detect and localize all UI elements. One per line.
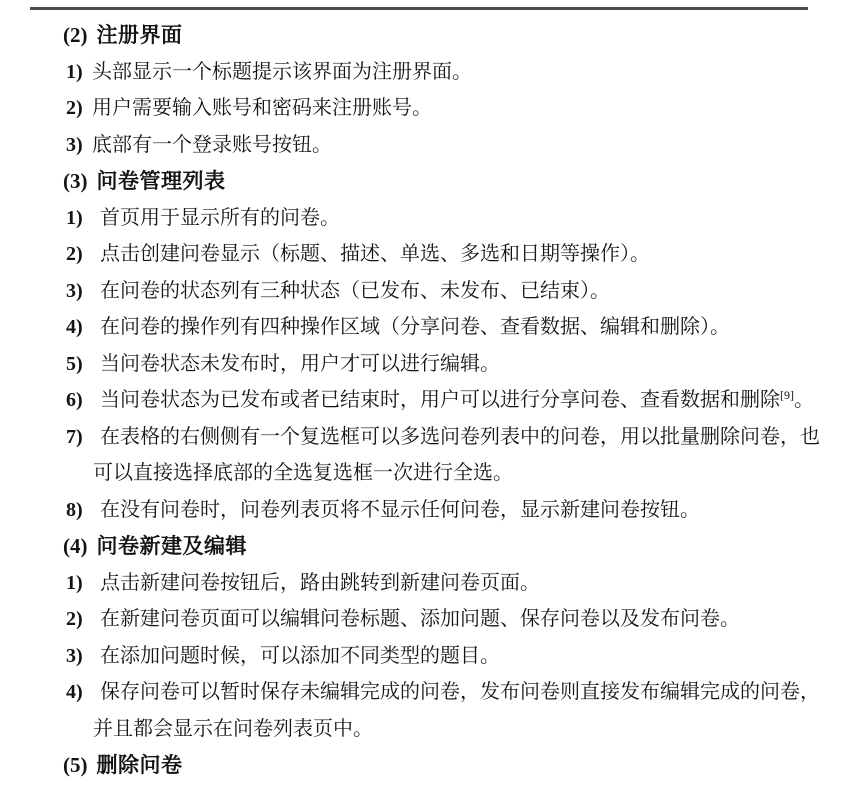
- list-item: 4) 保存问卷可以暂时保存未编辑完成的问卷，发布问卷则直接发布编辑完成的问卷，: [63, 674, 818, 711]
- list-item-continuation: 并且都会显示在问卷列表页中。: [63, 711, 818, 748]
- item-number: 1): [63, 565, 100, 602]
- item-text: 保存问卷可以暂时保存未编辑完成的问卷，发布问卷则直接发布编辑完成的问卷，: [100, 674, 820, 711]
- item-number: 8): [63, 492, 100, 529]
- list-item: 2) 点击创建问卷显示（标题、描述、单选、多选和日期等操作）。: [63, 236, 818, 273]
- item-number: 5): [63, 346, 100, 383]
- list-item: 3) 在添加问题时候，可以添加不同类型的题目。: [63, 638, 818, 675]
- item-text: 点击创建问卷显示（标题、描述、单选、多选和日期等操作）。: [100, 236, 650, 273]
- item-text: 底部有一个登录账号按钮。: [92, 127, 332, 164]
- heading-title: 问卷管理列表: [97, 164, 226, 201]
- footnote-reference: [9]: [780, 388, 794, 402]
- list-item: 2) 用户需要输入账号和密码来注册账号。: [63, 90, 818, 127]
- heading-title: 问卷新建及编辑: [97, 529, 248, 566]
- item-text: 头部显示一个标题提示该界面为注册界面。: [92, 54, 472, 91]
- item-number: 3): [63, 273, 100, 310]
- section-5-heading: (5) 删除问卷: [63, 747, 818, 784]
- item-number: 1): [63, 54, 92, 91]
- item-text: 并且都会显示在问卷列表页中。: [93, 711, 373, 748]
- heading-number: (4): [63, 528, 88, 565]
- list-item: 4) 在问卷的操作列有四种操作区域（分享问卷、查看数据、编辑和删除）。: [63, 309, 818, 346]
- list-item: 3) 在问卷的状态列有三种状态（已发布、未发布、已结束）。: [63, 273, 818, 310]
- item-text: 在问卷的状态列有三种状态（已发布、未发布、已结束）。: [100, 273, 610, 310]
- item-text: 用户需要输入账号和密码来注册账号。: [92, 90, 432, 127]
- heading-title: 注册界面: [97, 18, 183, 55]
- item-number: 2): [63, 236, 100, 273]
- item-text: 在添加问题时候，可以添加不同类型的题目。: [100, 638, 500, 675]
- section-4-heading: (4) 问卷新建及编辑: [63, 528, 818, 565]
- item-text: 在问卷的操作列有四种操作区域（分享问卷、查看数据、编辑和删除）。: [100, 309, 730, 346]
- item-text: 在没有问卷时，问卷列表页将不显示任何问卷，显示新建问卷按钮。: [100, 492, 700, 529]
- list-item: 5) 当问卷状态未发布时，用户才可以进行编辑。: [63, 346, 818, 383]
- item-text: 在表格的右侧侧有一个复选框可以多选问卷列表中的问卷，用以批量删除问卷，也: [100, 419, 820, 456]
- heading-number: (5): [63, 747, 88, 784]
- item-number: 7): [63, 419, 100, 456]
- item-text: 在新建问卷页面可以编辑问卷标题、添加问题、保存问卷以及发布问卷。: [100, 601, 740, 638]
- item-text: 可以直接选择底部的全选复选框一次进行全选。: [93, 455, 513, 492]
- list-item: 2) 在新建问卷页面可以编辑问卷标题、添加问题、保存问卷以及发布问卷。: [63, 601, 818, 638]
- list-item: 1) 点击新建问卷按钮后，路由跳转到新建问卷页面。: [63, 565, 818, 602]
- list-item: 7) 在表格的右侧侧有一个复选框可以多选问卷列表中的问卷，用以批量删除问卷，也: [63, 419, 818, 456]
- item-text: 当问卷状态未发布时，用户才可以进行编辑。: [100, 346, 500, 383]
- section-2-heading: (2) 注册界面: [63, 17, 818, 54]
- item-number: 4): [63, 309, 100, 346]
- item-number: 4): [63, 674, 100, 711]
- item-number: 1): [63, 200, 100, 237]
- item-text-main: 当问卷状态为已发布或者已结束时，用户可以进行分享问卷、查看数据和删除: [100, 389, 780, 411]
- item-text-tail: 。: [794, 389, 814, 411]
- page-header-rule: [30, 7, 808, 10]
- list-item: 8) 在没有问卷时，问卷列表页将不显示任何问卷，显示新建问卷按钮。: [63, 492, 818, 529]
- item-number: 3): [63, 127, 92, 164]
- item-text: 当问卷状态为已发布或者已结束时，用户可以进行分享问卷、查看数据和删除[9]。: [100, 382, 814, 419]
- item-number: 2): [63, 90, 92, 127]
- section-3-heading: (3) 问卷管理列表: [63, 163, 818, 200]
- item-text: 点击新建问卷按钮后，路由跳转到新建问卷页面。: [100, 565, 540, 602]
- item-number: 3): [63, 638, 100, 675]
- list-item: 1) 首页用于显示所有的问卷。: [63, 200, 818, 237]
- item-text: 首页用于显示所有的问卷。: [100, 200, 340, 237]
- heading-title: 删除问卷: [97, 748, 183, 785]
- item-number: 2): [63, 601, 100, 638]
- heading-number: (3): [63, 163, 88, 200]
- item-number: 6): [63, 382, 100, 419]
- heading-number: (2): [63, 17, 88, 54]
- list-item: 6) 当问卷状态为已发布或者已结束时，用户可以进行分享问卷、查看数据和删除[9]…: [63, 382, 818, 419]
- list-item-continuation: 可以直接选择底部的全选复选框一次进行全选。: [63, 455, 818, 492]
- document-body: (2) 注册界面 1) 头部显示一个标题提示该界面为注册界面。 2) 用户需要输…: [63, 17, 818, 784]
- list-item: 1) 头部显示一个标题提示该界面为注册界面。: [63, 54, 818, 91]
- list-item: 3) 底部有一个登录账号按钮。: [63, 127, 818, 164]
